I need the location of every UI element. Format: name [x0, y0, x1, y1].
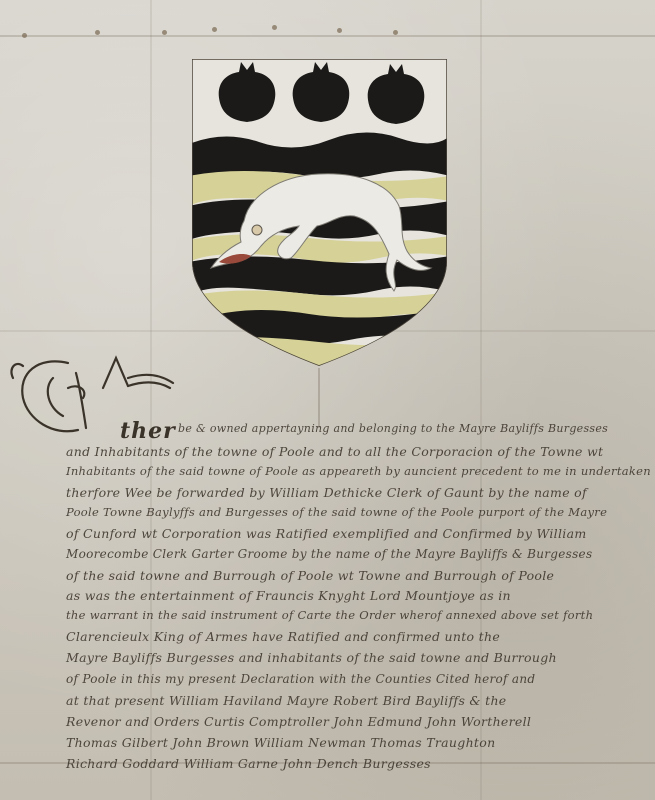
text-line: Thomas Gilbert John Brown William Newman… — [66, 735, 495, 750]
text-line: of Cunford wt Corporation was Ratified e… — [66, 526, 587, 541]
pin-hole — [393, 30, 398, 35]
pin-hole — [162, 30, 167, 35]
initial-word: ther — [120, 418, 176, 444]
text-line: the warrant in the said instrument of Ca… — [66, 608, 593, 622]
pin-hole — [22, 33, 27, 38]
manuscript-page: ther be & owned appertayning and belongi… — [0, 0, 655, 800]
pin-hole — [95, 30, 100, 35]
pin-hole — [337, 28, 342, 33]
text-line: Clarencieulx King of Armes have Ratified… — [66, 629, 500, 644]
text-line: Poole Towne Baylyffs and Burgesses of th… — [66, 505, 607, 519]
text-line: as was the entertainment of Frauncis Kny… — [66, 588, 511, 603]
text-line: and Inhabitants of the towne of Poole an… — [66, 444, 603, 459]
text-line: at that present William Haviland Mayre R… — [66, 693, 507, 708]
pin-hole — [272, 25, 277, 30]
text-line: of the said towne and Burrough of Poole … — [66, 568, 554, 583]
text-line: Richard Goddard William Garne John Dench… — [66, 756, 431, 771]
pin-hole — [212, 27, 217, 32]
text-line: Mayre Bayliffs Burgesses and inhabitants… — [66, 650, 557, 665]
escallop-icon — [219, 62, 425, 124]
text-line: Moorecombe Clerk Garter Groome by the na… — [66, 547, 592, 561]
text-line: be & owned appertayning and belonging to… — [178, 422, 608, 435]
text-line: Inhabitants of the said towne of Poole a… — [66, 464, 651, 478]
fold-line — [0, 35, 655, 37]
text-line: therfore Wee be forwarded by William Det… — [66, 485, 587, 500]
decorative-line — [318, 368, 320, 428]
text-line: of Poole in this my present Declaration … — [66, 672, 535, 686]
text-line: Revenor and Orders Curtis Comptroller Jo… — [66, 714, 531, 729]
coat-of-arms-shield — [189, 56, 450, 369]
